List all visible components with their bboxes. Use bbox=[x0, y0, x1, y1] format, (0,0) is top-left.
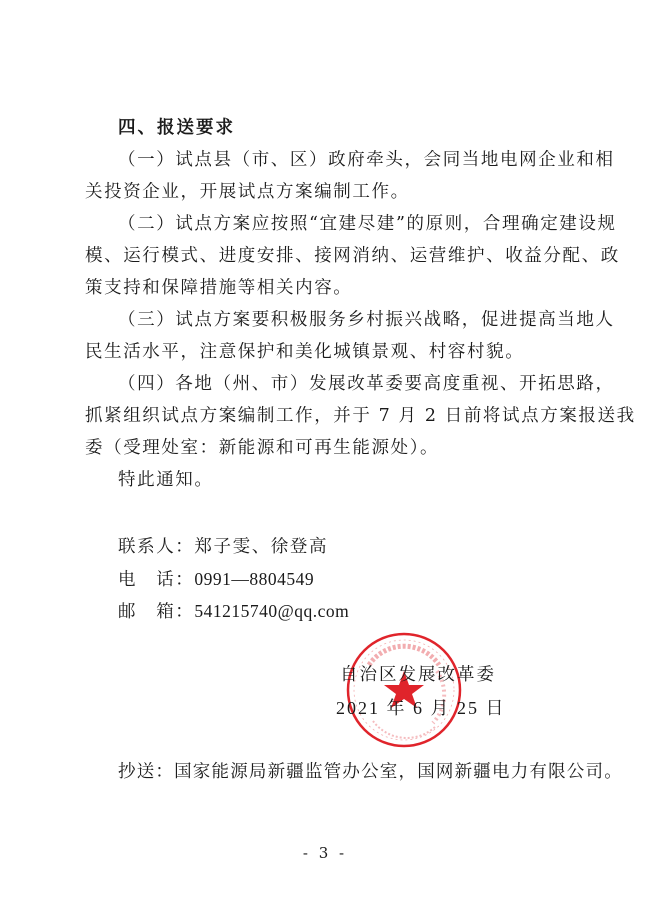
contact-phone-row: 电 话：0991—8804549 bbox=[118, 569, 314, 590]
section-heading: 四、报送要求 bbox=[118, 118, 235, 138]
paragraph-3-line-1: （三）试点方案要积极服务乡村振兴战略，促进提高当地人 bbox=[118, 310, 615, 330]
page-number: - 3 - bbox=[0, 844, 650, 862]
contact-person-value: 郑子雯、徐登高 bbox=[194, 537, 328, 557]
contact-email-value[interactable]: 541215740@qq.com bbox=[194, 601, 349, 621]
paragraph-2-line-1: （二）试点方案应按照“宜建尽建”的原则，合理确定建设规 bbox=[118, 214, 617, 234]
paragraph-2-line-3: 策支持和保障措施等相关内容。 bbox=[85, 278, 352, 298]
paragraph-1-line-2: 关投资企业，开展试点方案编制工作。 bbox=[85, 182, 410, 202]
contact-person-label: 联系人： bbox=[118, 537, 194, 557]
document-page: 四、报送要求 （一）试点县（市、区）政府牵头，会同当地电网企业和相 关投资企业，… bbox=[0, 0, 650, 919]
closing-text: 特此通知。 bbox=[118, 470, 214, 490]
paragraph-4-line-3: 委（受理处室：新能源和可再生能源处）。 bbox=[85, 438, 439, 458]
paragraph-2-line-2: 模、运行模式、进度安排、接网消纳、运营维护、收益分配、政 bbox=[85, 246, 620, 266]
official-seal-icon bbox=[345, 631, 463, 749]
contact-phone-label: 电 话： bbox=[118, 570, 194, 590]
contact-person-row: 联系人：郑子雯、徐登高 bbox=[118, 537, 328, 557]
contact-phone-value: 0991—8804549 bbox=[194, 569, 314, 589]
contact-email-label: 邮 箱： bbox=[118, 602, 194, 622]
paragraph-4-line-1: （四）各地（州、市）发展改革委要高度重视、开拓思路， bbox=[118, 374, 615, 394]
paragraph-3-line-2: 民生活水平，注意保护和美化城镇景观、村容村貌。 bbox=[85, 342, 524, 362]
paragraph-1-line-1: （一）试点县（市、区）政府牵头，会同当地电网企业和相 bbox=[118, 150, 615, 170]
paragraph-4-line-2: 抓紧组织试点方案编制工作，并于 7 月 2 日前将试点方案报送我 bbox=[85, 406, 636, 426]
issuer-name: 自治区发展改革委 bbox=[340, 661, 496, 686]
cc-recipients: 抄送：国家能源局新疆监管办公室，国网新疆电力有限公司。 bbox=[118, 762, 623, 782]
issue-date: 2021 年 6 月 25 日 bbox=[336, 694, 506, 720]
contact-email-row: 邮 箱：541215740@qq.com bbox=[118, 601, 349, 622]
